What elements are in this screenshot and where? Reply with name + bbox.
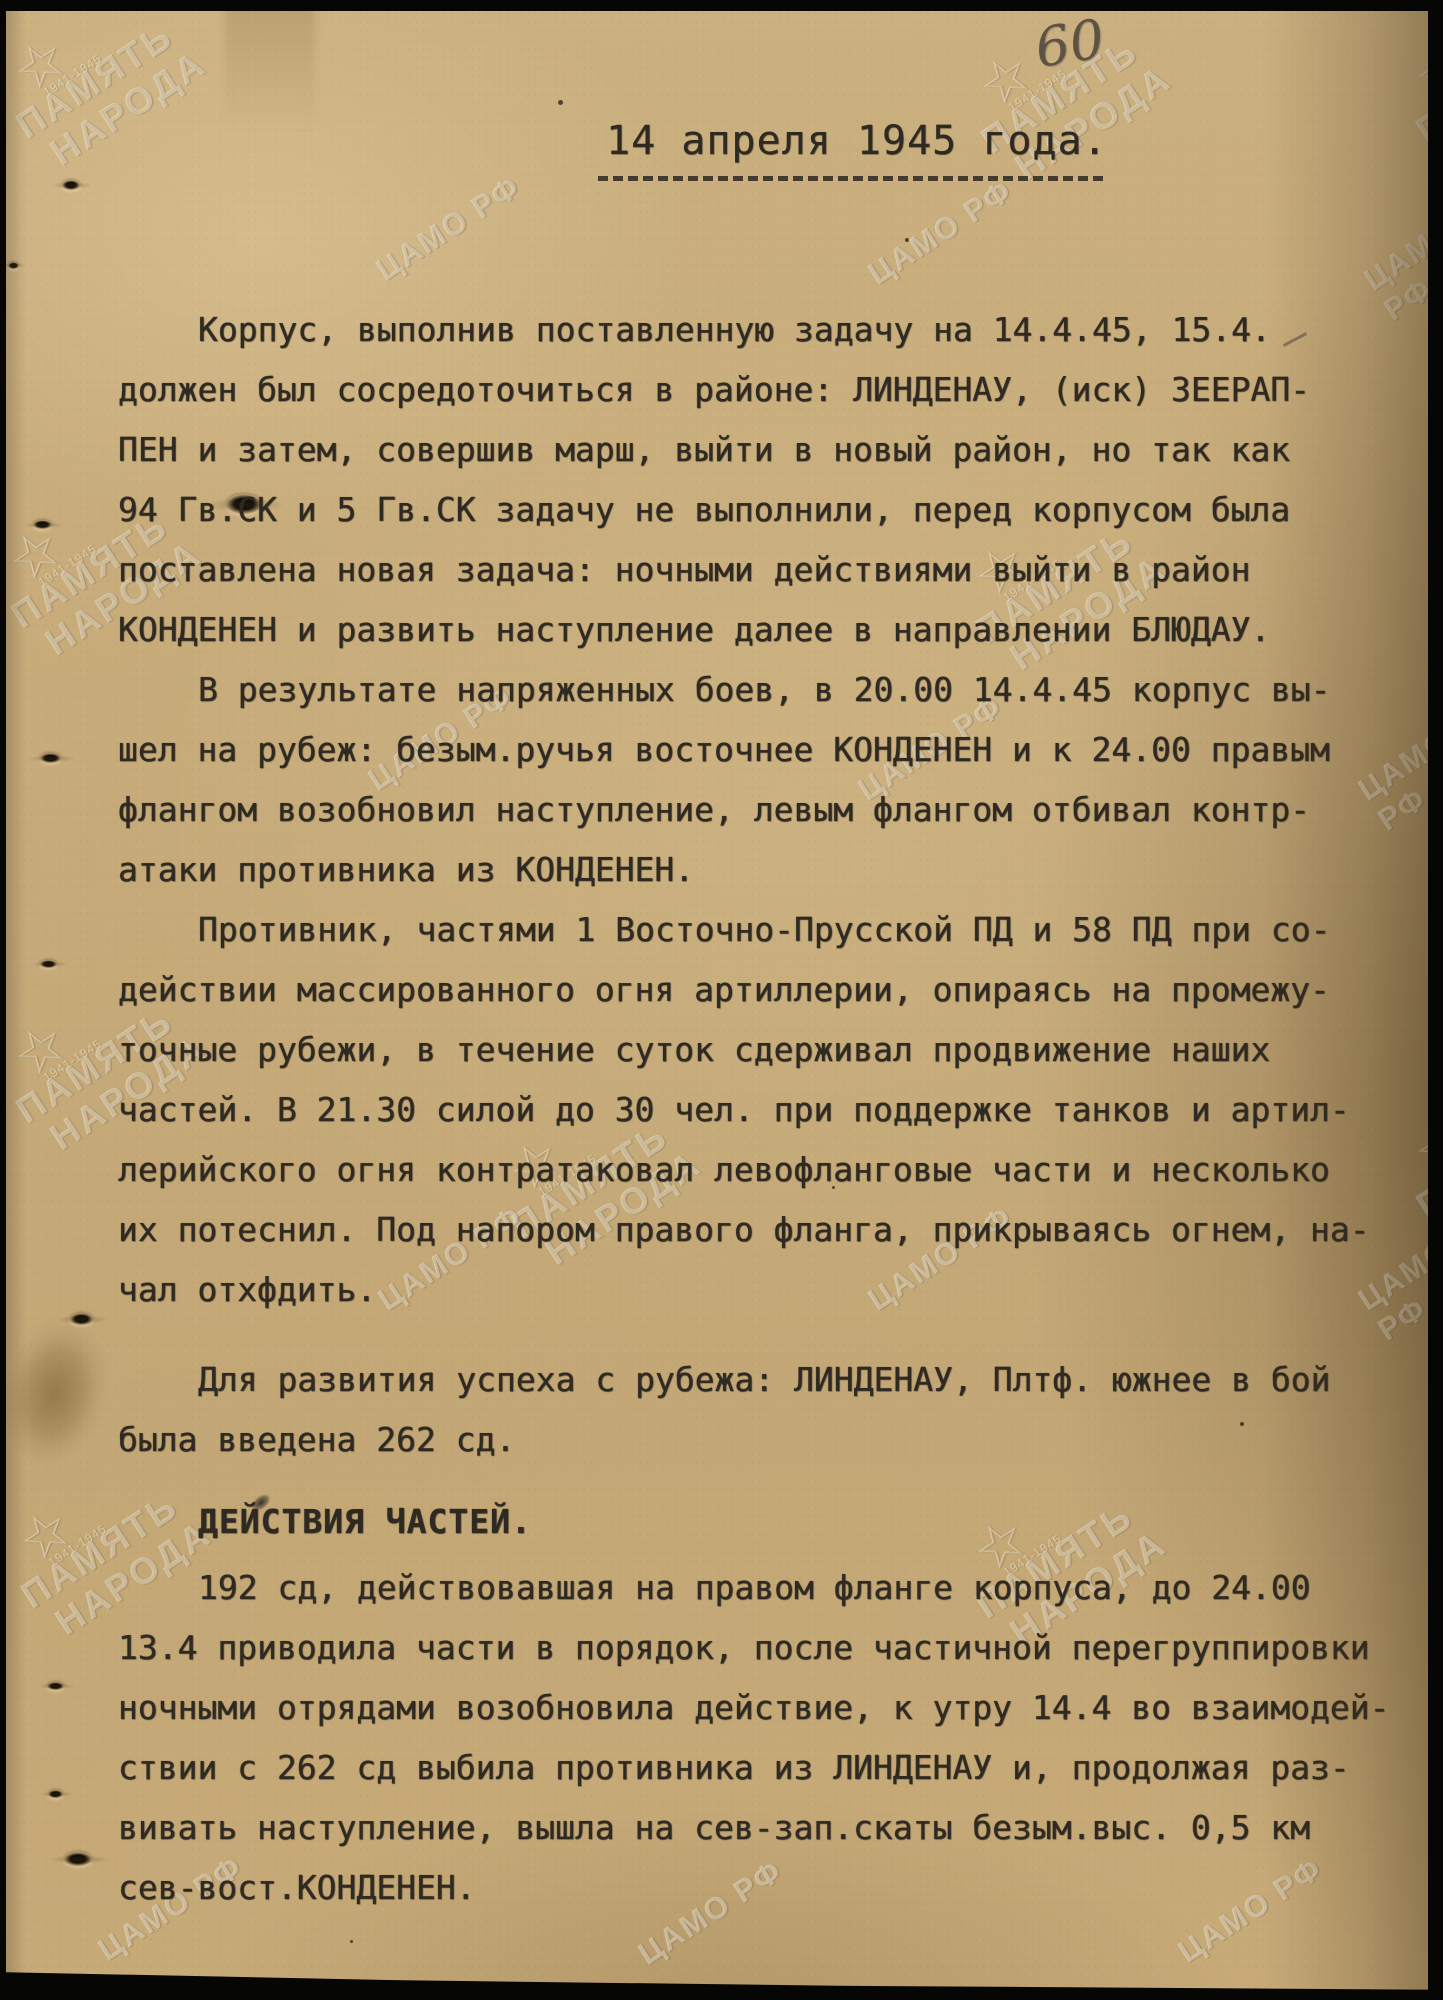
text-line: шел на рубеж: безым.ручья восточнее КОНД… — [118, 720, 1400, 780]
paper-stain — [0, 1308, 124, 1479]
paper-hole — [62, 180, 80, 190]
date-underline — [598, 168, 1103, 181]
star-icon: ☆1941-1945 — [7, 0, 169, 98]
star-years-label: 1941-1945 — [33, 39, 113, 112]
ink-speck — [558, 100, 563, 105]
text-line: 94 Гв.СК и 5 Гв.СК задачу не выполнили, … — [118, 480, 1400, 540]
text-line: КОНДЕНЕН и развить наступление далее в н… — [118, 600, 1400, 660]
text-line: была введена 262 сд. — [118, 1410, 1400, 1470]
document-scan: ☆1941-1945ПАМЯТЬНАРОДА☆1941-1945ПАМЯТЬНА… — [0, 0, 1443, 2000]
ink-speck — [350, 1940, 353, 1943]
text-line: Для развития успеха с рубежа: ЛИНДЕНАУ, … — [118, 1350, 1400, 1410]
text-line: ПЕН и затем, совершив марш, выйти в новы… — [118, 420, 1400, 480]
text-line: ночными отрядами возобновила действие, к… — [118, 1678, 1400, 1738]
paper-hole — [40, 753, 61, 763]
text-line: поставлена новая задача: ночными действи… — [118, 540, 1400, 600]
paper-hole — [8, 262, 19, 269]
paper-hole — [70, 1313, 93, 1325]
pamyat-naroda-watermark: ☆1941-1945ПАМЯТЬНАРОДА — [0, 0, 214, 181]
scan-edge-left — [0, 0, 6, 2000]
paragraph: В результате напряженных боев, в 20.00 1… — [118, 660, 1400, 900]
text-line: ствии с 262 сд выбила противника из ЛИНД… — [118, 1738, 1400, 1798]
text-line: ДЕЙСТВИЯ ЧАСТЕЙ. — [118, 1492, 1400, 1552]
text-line: Противник, частями 1 Восточно-Прусской П… — [118, 900, 1400, 960]
paper-sheet: ☆1941-1945ПАМЯТЬНАРОДА☆1941-1945ПАМЯТЬНА… — [0, 0, 1443, 2000]
paragraph: Для развития успеха с рубежа: ЛИНДЕНАУ, … — [118, 1350, 1400, 1470]
star-years-label: 1941-1945 — [33, 1024, 113, 1097]
text-line: 13.4 приводила части в порядок, после ча… — [118, 1618, 1400, 1678]
text-line: должен был сосредоточиться в районе: ЛИН… — [118, 360, 1400, 420]
paragraph: 192 сд, действовавшая на правом фланге к… — [118, 1558, 1400, 1918]
tsamo-watermark: ЦАМО РФ — [370, 169, 527, 289]
section-heading: ДЕЙСТВИЯ ЧАСТЕЙ. — [118, 1492, 1400, 1552]
date-heading: 14 апреля 1945 года. — [606, 118, 1108, 164]
text-line: флангом возобновил наступление, левым фл… — [118, 780, 1400, 840]
paper-hole — [48, 1790, 63, 1798]
paper-hole — [40, 960, 57, 968]
paragraph: Корпус, выполнив поставленную задачу на … — [118, 300, 1400, 660]
text-line: вивать наступление, вышла на сев-зап.ска… — [118, 1798, 1400, 1858]
text-line: сев-вост.КОНДЕНЕН. — [118, 1858, 1400, 1918]
text-line: лерийского огня контратаковал левофланго… — [118, 1140, 1400, 1200]
text-line: действии массированного огня артиллерии,… — [118, 960, 1400, 1020]
text-line: 192 сд, действовавшая на правом фланге к… — [118, 1558, 1400, 1618]
star-years-label: 1941-1945 — [38, 1509, 118, 1582]
paragraphs: Корпус, выполнив поставленную задачу на … — [118, 300, 1400, 1918]
scan-edge-right — [1428, 0, 1443, 2000]
paper-hole — [64, 1852, 92, 1866]
ink-speck — [905, 238, 909, 242]
text-line: атаки противника из КОНДЕНЕН. — [118, 840, 1400, 900]
watermark-text: НАРОДА — [43, 42, 214, 173]
paper-hole — [47, 1682, 64, 1690]
watermark-text: ПАМЯТЬ — [9, 8, 192, 146]
tsamo-watermark: ЦАМО РФ — [862, 173, 1019, 293]
text-line: частей. В 21.30 силой до 30 чел. при под… — [118, 1080, 1400, 1140]
scan-edge-top — [0, 0, 1443, 11]
star-years-label: 1941-1945 — [28, 529, 108, 602]
paper-hole — [33, 520, 52, 529]
typewritten-content: Корпус, выполнив поставленную задачу на … — [118, 300, 1400, 1918]
text-line: Корпус, выполнив поставленную задачу на … — [118, 300, 1400, 360]
text-line: чал отхфдить. — [118, 1260, 1400, 1320]
text-line: их потеснил. Под напором правого фланга,… — [118, 1200, 1400, 1260]
paragraph: Противник, частями 1 Восточно-Прусской П… — [118, 900, 1400, 1320]
paper-streak — [225, 0, 315, 130]
text-line: В результате напряженных боев, в 20.00 1… — [118, 660, 1400, 720]
text-line: точные рубежи, в течение суток сдерживал… — [118, 1020, 1400, 1080]
page-number: 60 — [1031, 0, 1159, 80]
